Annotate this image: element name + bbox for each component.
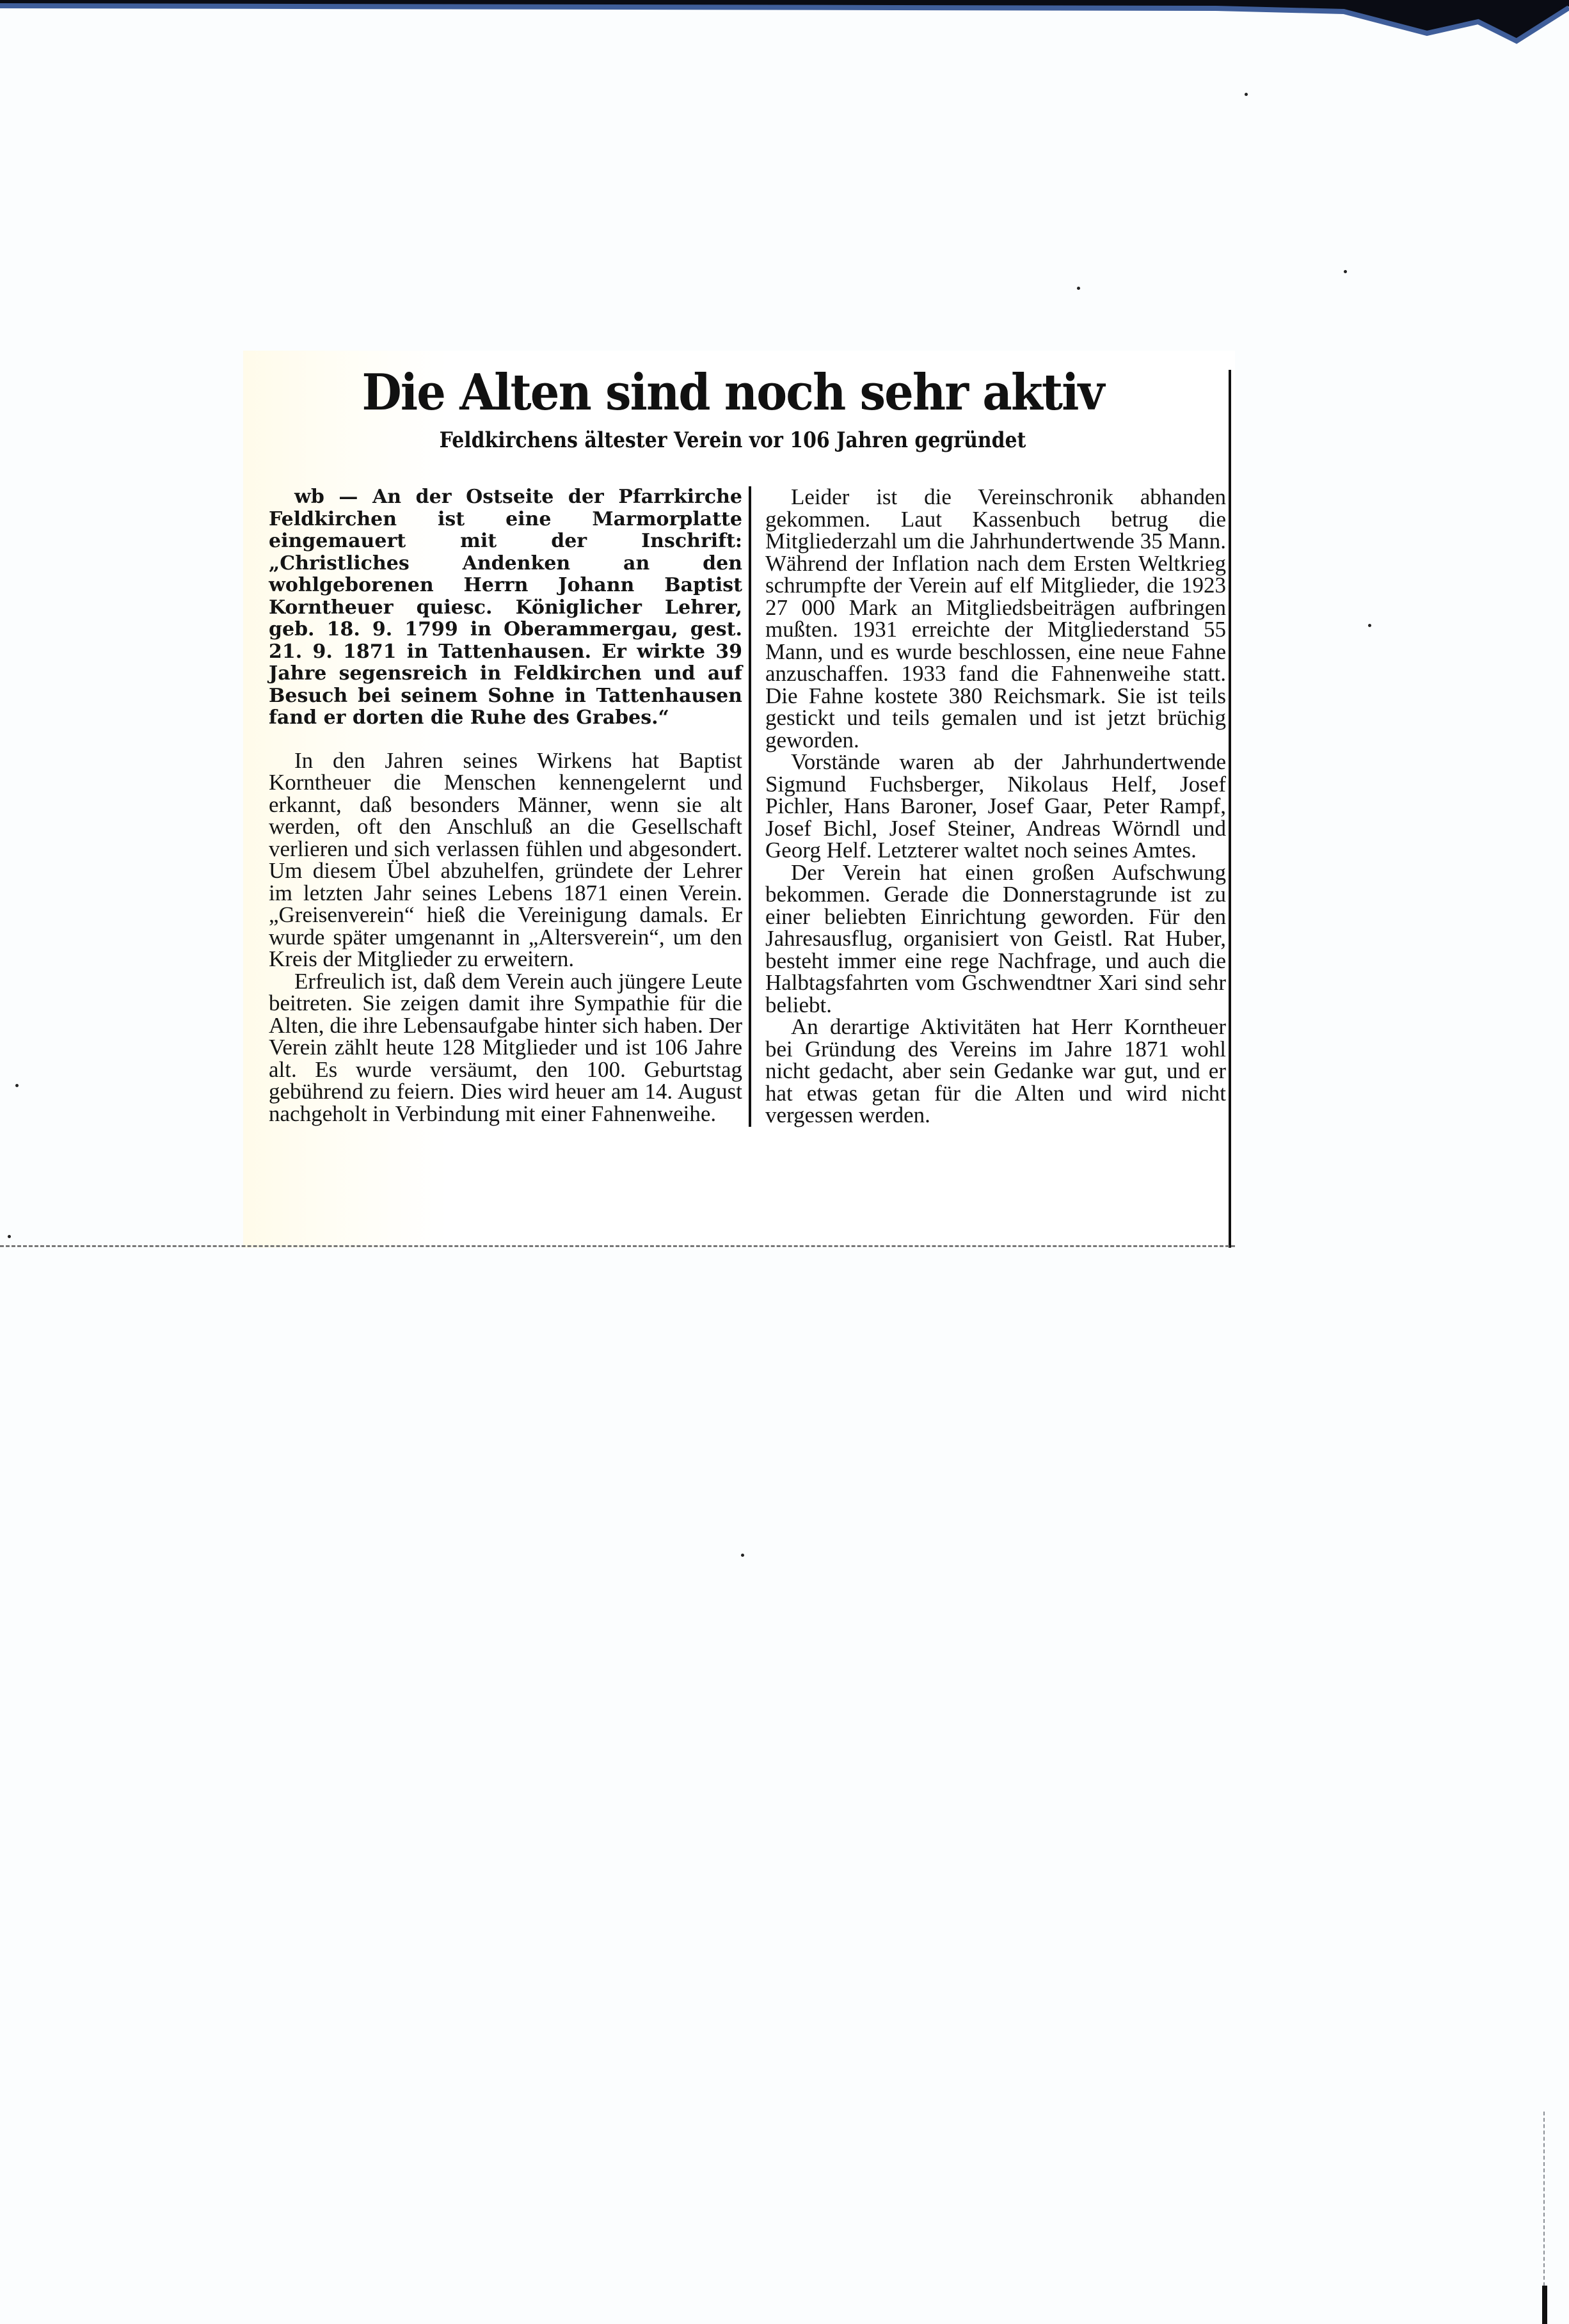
article-paragraph: Der Verein hat einen großen Aufschwung b…	[765, 862, 1226, 1017]
scan-right-edge	[1543, 2112, 1550, 2324]
article-headline: Die Alten sind noch sehr aktiv	[282, 363, 1183, 422]
article-left-column: wb — An der Ostseite der Pfarrkirche Fel…	[269, 486, 742, 1125]
article-paragraph: In den Jahren seines Wirkens hat Baptist…	[269, 750, 742, 971]
article-lead-paragraph: wb — An der Ostseite der Pfarrkirche Fel…	[269, 486, 742, 729]
column-rule-right	[1229, 370, 1231, 1248]
article-paragraph: Leider ist die Vereinschronik abhanden g…	[765, 486, 1226, 751]
article-subheadline: Feldkirchens ältester Verein vor 106 Jah…	[302, 427, 1163, 453]
article-paragraph: Vorstände waren ab der Jahrhundertwende …	[765, 751, 1226, 862]
article-paragraph: An derartige Aktivitäten hat Herr Kornth…	[765, 1016, 1226, 1127]
clipping-cut-edge	[0, 1245, 1235, 1247]
article-right-column: Leider ist die Vereinschronik abhanden g…	[749, 486, 1226, 1127]
scan-top-edge	[0, 0, 1569, 45]
newspaper-clipping: Die Alten sind noch sehr aktiv Feldkirch…	[243, 351, 1235, 1248]
article-paragraph: Erfreulich ist, daß dem Verein auch jüng…	[269, 971, 742, 1126]
